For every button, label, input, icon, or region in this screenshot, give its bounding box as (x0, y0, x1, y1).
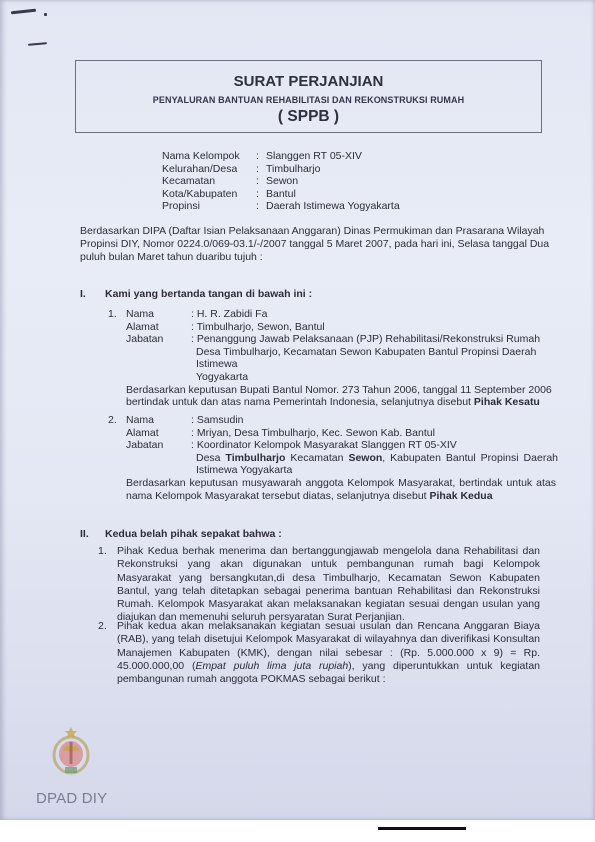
name-value: : H. R. Zabidi Fa (191, 308, 558, 321)
info-value: Slanggen RT 05-XIV (266, 150, 362, 163)
item-number: 1. (98, 545, 107, 558)
item-text: Pihak kedua akan melaksanakan kegiatan s… (117, 620, 540, 686)
section-number: II. (80, 528, 89, 540)
info-label: Nama Kelompok (162, 150, 256, 163)
dpad-emblem-icon (51, 727, 91, 779)
party-2: 2. Nama: Samsudin Alamat: Mriyan, Desa T… (108, 414, 558, 502)
party-basis: Berdasarkan keputusan Bupati Bantul Nomo… (126, 384, 556, 409)
scanned-page: SURAT PERJANJIAN PENYALURAN BANTUAN REHA… (0, 0, 595, 820)
position-continued: Desa Timbulharjo, Kecamatan Sewon Kabupa… (191, 346, 558, 371)
document-code: ( SPPB ) (76, 108, 541, 126)
name-label: Nama (126, 414, 191, 427)
party-1: 1. Nama: H. R. Zabidi Fa Alamat: Timbulh… (108, 308, 558, 409)
position-label: Jabatan (126, 333, 191, 346)
name-value: : Samsudin (191, 414, 558, 427)
title-box: SURAT PERJANJIAN PENYALURAN BANTUAN REHA… (75, 60, 542, 133)
info-row: Nama Kelompok : Slanggen RT 05-XIV (162, 150, 400, 163)
info-value: Timbulharjo (266, 163, 320, 176)
position-value: : Koordinator Kelompok Masyarakat Slangg… (191, 439, 558, 452)
address-label: Alamat (126, 321, 191, 334)
info-separator: : (256, 150, 266, 163)
info-label: Kelurahan/Desa (162, 163, 256, 176)
info-separator: : (256, 188, 266, 201)
address-value: : Timbulharjo, Sewon, Bantul (191, 321, 558, 334)
info-value: Bantul (266, 188, 296, 201)
address-label: Alamat (126, 427, 191, 440)
info-row: Kota/Kabupaten : Bantul (162, 188, 400, 201)
info-label: Propinsi (162, 200, 256, 213)
pen-mark (11, 9, 36, 15)
party-designation: Pihak Kedua (430, 490, 493, 502)
item-text: Pihak Kedua berhak menerima dan bertangg… (117, 545, 540, 625)
position-label: Jabatan (126, 439, 191, 452)
info-row: Propinsi : Daerah Istimewa Yogyakarta (162, 200, 400, 213)
section-title: Kedua belah pihak sepakat bahwa : (105, 528, 282, 540)
position-continued: Desa Timbulharjo Kecamatan Sewon, Kabupa… (191, 452, 558, 477)
party-number: 2. (108, 414, 117, 427)
info-value: Sewon (266, 175, 298, 188)
intro-paragraph: Berdasarkan DIPA (Daftar Isian Pelaksana… (80, 225, 560, 263)
info-row: Kecamatan : Sewon (162, 175, 400, 188)
position-continued: Yogyakarta (191, 371, 558, 384)
party-basis: Berdasarkan keputusan musyawarah anggota… (126, 477, 556, 502)
document-title: SURAT PERJANJIAN (76, 73, 541, 90)
info-row: Kelurahan/Desa : Timbulharjo (162, 163, 400, 176)
info-label: Kota/Kabupaten (162, 188, 256, 201)
name-label: Nama (126, 308, 191, 321)
section-number: I. (80, 288, 86, 300)
section-title: Kami yang bertanda tangan di bawah ini : (105, 288, 312, 300)
document-subtitle: PENYALURAN BANTUAN REHABILITASI DAN REKO… (76, 95, 541, 105)
info-separator: : (256, 175, 266, 188)
watermark-text: DPAD DIY (36, 790, 107, 807)
pen-mark (28, 42, 47, 46)
info-separator: : (256, 163, 266, 176)
info-label: Kecamatan (162, 175, 256, 188)
item-number: 2. (98, 620, 107, 633)
group-info: Nama Kelompok : Slanggen RT 05-XIV Kelur… (162, 150, 400, 213)
redaction-bar (378, 827, 466, 830)
info-value: Daerah Istimewa Yogyakarta (266, 200, 400, 213)
info-separator: : (256, 200, 266, 213)
party-number: 1. (108, 308, 117, 321)
pen-mark (44, 13, 47, 16)
position-value: : Penanggung Jawab Pelaksanaan (PJP) Reh… (191, 333, 558, 346)
amount-in-words: Empat puluh lima juta rupiah (195, 660, 348, 672)
address-value: : Mriyan, Desa Timbulharjo, Kec. Sewon K… (191, 427, 558, 440)
party-designation: Pihak Kesatu (474, 396, 540, 408)
